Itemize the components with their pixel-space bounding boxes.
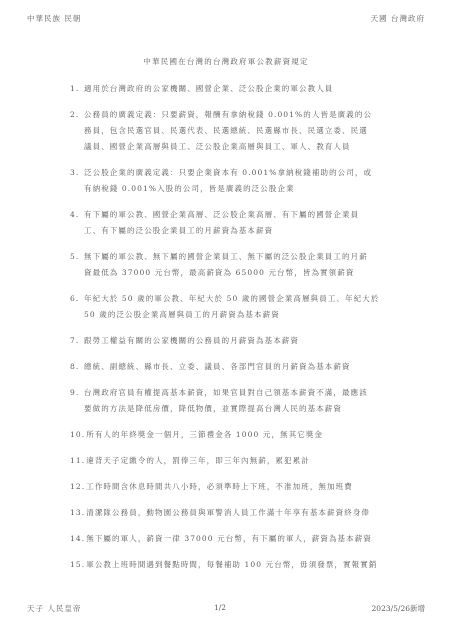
regulation-list: 1. 適用於台灣政府的公家機關、國營企業、泛公股企業的軍公教人員 2. 公務員的…	[70, 81, 430, 583]
item-text: 清潔隊公務員，動物園公務員與軍警消人員工作滿十年享有基本薪資終身俸	[86, 508, 370, 517]
item-text: 違背天子定繳令的人，罰俸三年，即三年內無薪，累犯累計	[86, 456, 310, 465]
list-item: 12.工作時間含休息時間共八小時，必須準時上下班，不准加班，無加班費	[70, 479, 430, 495]
list-item: 9. 台灣政府官員有權提高基本薪資，如果官員對自己領基本薪資不滿，最應該 要做的…	[70, 385, 430, 417]
list-item: 8. 總統、副總統、縣市長、立委、議員、各部門官員的月薪資為基本薪資	[70, 359, 430, 375]
header-right-text: 天國 台灣政府	[371, 13, 425, 24]
item-text: 公務員的廣義定義：只要薪資，報酬有拿納稅錢 0.001%的人皆是廣義的公	[70, 107, 430, 123]
item-text: 有納稅錢 0.001%入股的公司，皆是廣義的泛公股企業	[70, 181, 430, 197]
item-number: 9.	[70, 385, 79, 401]
item-text: 務員，包含民選官員、民選代表、民選總統、民選縣市長、民選立委、民選	[70, 123, 430, 139]
item-number: 1.	[70, 81, 79, 97]
item-text: 工作時間含休息時間共八小時，必須準時上下班，不准加班，無加班費	[86, 482, 353, 491]
list-item: 14.無下屬的軍人，薪資一律 37000 元台幣，有下屬的軍人，薪資為基本薪資	[70, 531, 430, 547]
item-text: 要做的方法是降低房價，降低物價，並實際提高台灣人民的基本薪資	[70, 401, 430, 417]
list-item: 5. 無下屬的軍公教、無下屬的國營企業員工、無下屬的泛公股企業員工的月薪 資最低…	[70, 249, 430, 281]
list-item: 7. 跟勞工權益有關的公家機關的公務員的月薪資為基本薪資	[70, 333, 430, 349]
item-number: 3.	[70, 165, 79, 181]
item-number: 10.	[70, 430, 85, 439]
item-text: 年紀大於 50 歲的軍公教、年紀大於 50 歲的國營企業高層與員工、年紀大於	[70, 291, 430, 307]
item-text: 無下屬的軍人，薪資一律 37000 元台幣，有下屬的軍人，薪資為基本薪資	[86, 534, 372, 543]
item-text: 泛公股企業的廣義定義：只要企業資本有 0.001%拿納稅錢補助的公司，或	[70, 165, 430, 181]
list-item: 6. 年紀大於 50 歲的軍公教、年紀大於 50 歲的國營企業高層與員工、年紀大…	[70, 291, 430, 323]
item-text: 跟勞工權益有關的公家機關的公務員的月薪資為基本薪資	[70, 333, 430, 349]
item-text: 工、有下屬的泛公股企業員工的月薪資為基本薪資	[70, 223, 430, 239]
item-text: 50 歲的泛公股企業高層與員工的月薪資為基本薪資	[70, 307, 430, 323]
item-number: 14.	[70, 534, 85, 543]
list-item: 11.違背天子定繳令的人，罰俸三年，即三年內無薪，累犯累計	[70, 453, 430, 469]
item-number: 8.	[70, 359, 79, 375]
item-number: 2.	[70, 107, 79, 123]
item-text: 軍公教上班時間遇到餐點時間，每餐補助 100 元台幣，毋須發票，實報實銷	[86, 560, 377, 569]
list-item: 10.所有人的年終獎金一個月，三節禮金各 1000 元，無其它獎金	[70, 427, 430, 443]
item-text: 資最低為 37000 元台幣，最高薪資為 65000 元台幣，皆為實領薪資	[70, 265, 430, 281]
list-item: 1. 適用於台灣政府的公家機關、國營企業、泛公股企業的軍公教人員	[70, 81, 430, 97]
item-number: 13.	[70, 508, 85, 517]
footer-left-text: 天子 人民皇帝	[27, 603, 81, 614]
item-text: 總統、副總統、縣市長、立委、議員、各部門官員的月薪資為基本薪資	[70, 359, 430, 375]
item-text: 無下屬的軍公教、無下屬的國營企業員工、無下屬的泛公股企業員工的月薪	[70, 249, 430, 265]
item-number: 11.	[70, 456, 85, 465]
list-item: 15.軍公教上班時間遇到餐點時間，每餐補助 100 元台幣，毋須發票，實報實銷	[70, 557, 430, 573]
item-text: 適用於台灣政府的公家機關、國營企業、泛公股企業的軍公教人員	[70, 81, 430, 97]
item-number: 15.	[70, 560, 85, 569]
footer-date: 2023/5/26新增	[372, 603, 425, 614]
list-item: 3. 泛公股企業的廣義定義：只要企業資本有 0.001%拿納稅錢補助的公司，或 …	[70, 165, 430, 197]
page-number: 1/2	[214, 603, 226, 612]
list-item: 4. 有下屬的軍公教、國營企業高層、泛公股企業高層、有下屬的國營企業員 工、有下…	[70, 207, 430, 239]
item-number: 6.	[70, 291, 79, 307]
list-item: 13.清潔隊公務員，動物園公務員與軍警消人員工作滿十年享有基本薪資終身俸	[70, 505, 430, 521]
item-number: 4.	[70, 207, 79, 223]
item-text: 台灣政府官員有權提高基本薪資，如果官員對自己領基本薪資不滿，最應該	[70, 385, 430, 401]
item-number: 12.	[70, 482, 85, 491]
list-item: 2. 公務員的廣義定義：只要薪資，報酬有拿納稅錢 0.001%的人皆是廣義的公 …	[70, 107, 430, 155]
item-number: 7.	[70, 333, 79, 349]
header-left-text: 中華民族 民朝	[27, 13, 81, 24]
item-number: 5.	[70, 249, 79, 265]
item-text: 所有人的年終獎金一個月，三節禮金各 1000 元，無其它獎金	[86, 430, 323, 439]
item-text: 議員、國營企業高層與員工、泛公股企業高層與員工、軍人、教育人員	[70, 139, 430, 155]
document-title: 中華民國在台灣的台灣政府軍公教薪資規定	[0, 56, 452, 67]
item-text: 有下屬的軍公教、國營企業高層、泛公股企業高層、有下屬的國營企業員	[70, 207, 430, 223]
